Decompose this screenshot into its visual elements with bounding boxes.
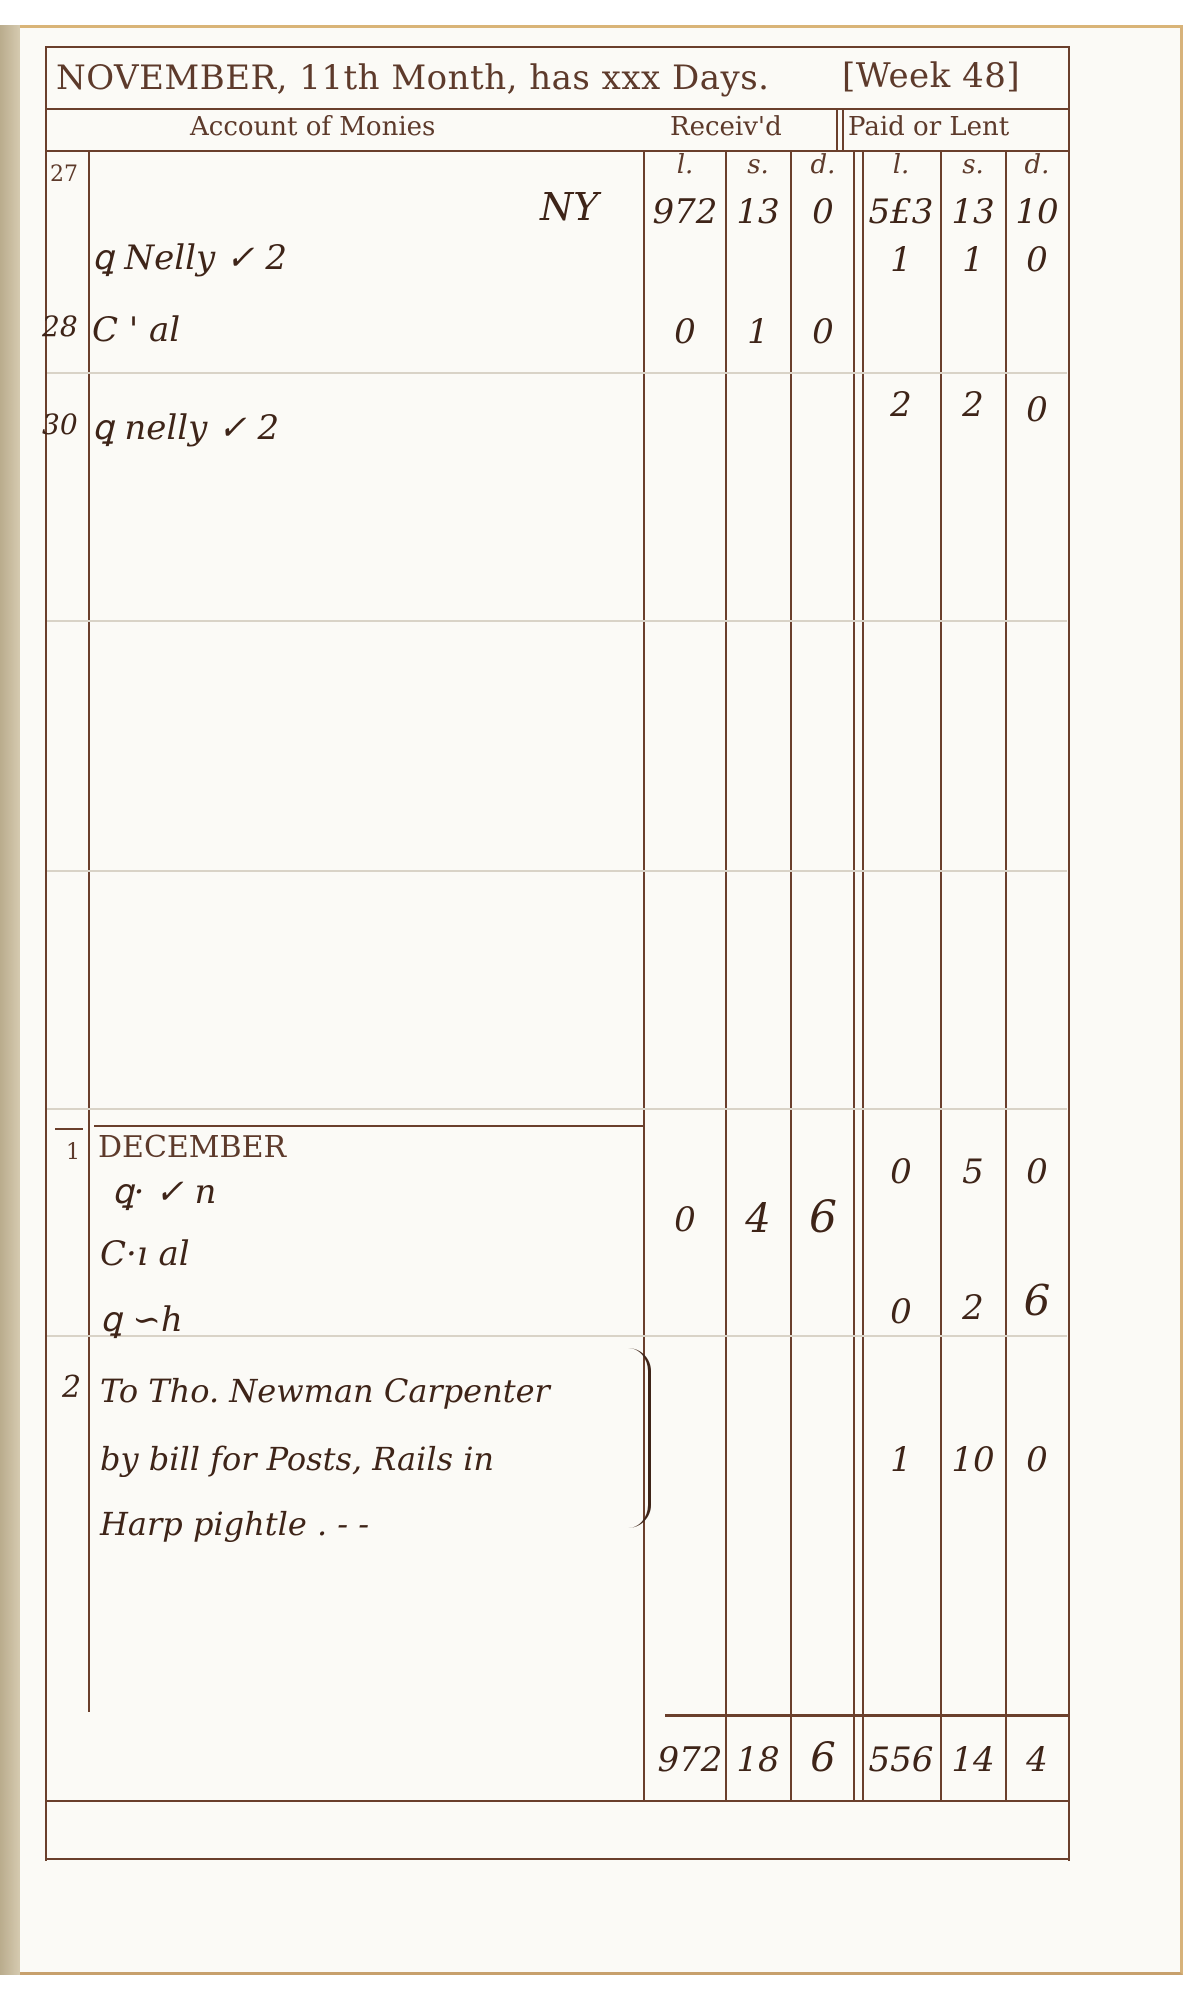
entry-text: C·ı al bbox=[100, 1234, 190, 1274]
book-spine-edge bbox=[0, 25, 22, 1975]
carpenter-date: 2 bbox=[62, 1370, 81, 1405]
title-row-divider bbox=[45, 108, 1070, 110]
entry-note-ny: NY bbox=[540, 185, 598, 229]
paid-shillings: 10 bbox=[938, 1440, 1008, 1480]
paid-shillings: 1 bbox=[938, 240, 1008, 280]
received-pence: 0 bbox=[788, 192, 858, 232]
december-divider bbox=[94, 1125, 643, 1127]
paid-shillings: 2 bbox=[938, 385, 1008, 425]
show-through-line bbox=[47, 870, 1067, 872]
footer-rule bbox=[45, 1858, 1070, 1860]
paid-pounds: 1 bbox=[866, 1440, 936, 1480]
received-s-rule bbox=[790, 152, 792, 1802]
entry-text: ꝗ ∽h bbox=[100, 1300, 183, 1340]
total-received-pounds: 972 bbox=[655, 1740, 725, 1780]
date-column-rule bbox=[88, 152, 90, 1712]
paid-pounds: 5£3 bbox=[866, 192, 936, 232]
carpenter-line-1: To Tho. Newman Carpenter bbox=[100, 1372, 550, 1410]
account-column-rule bbox=[643, 152, 645, 1802]
paid-pounds: 0 bbox=[866, 1292, 936, 1332]
account-of-monies-header: Account of Monies bbox=[190, 112, 435, 142]
paid-pence: 0 bbox=[1002, 1152, 1072, 1192]
paid-or-lent-header: Paid or Lent bbox=[848, 112, 1009, 142]
entry-text: ꝗ· ✓ n bbox=[112, 1172, 216, 1212]
paid-shillings: 2 bbox=[938, 1288, 1008, 1328]
unit-received-shillings: s. bbox=[723, 150, 793, 180]
totals-rule bbox=[665, 1714, 1068, 1717]
table-border-right bbox=[1068, 46, 1070, 1861]
ledger-page bbox=[20, 25, 1183, 1975]
entry-text: ꝗ Nelly ✓ 2 bbox=[92, 238, 287, 278]
paid-pounds: 0 bbox=[866, 1152, 936, 1192]
received-shillings: 1 bbox=[723, 312, 793, 352]
december-heading: DECEMBER bbox=[98, 1130, 286, 1165]
entry-date: 27 bbox=[50, 162, 78, 187]
paid-shillings: 13 bbox=[938, 192, 1008, 232]
received-pence: 0 bbox=[788, 312, 858, 352]
paid-shillings: 5 bbox=[938, 1152, 1008, 1192]
received-header: Receiv'd bbox=[670, 112, 782, 142]
total-paid-pence: 4 bbox=[1002, 1740, 1072, 1780]
paid-pence: 0 bbox=[1002, 390, 1072, 430]
paid-pence: 0 bbox=[1002, 1440, 1072, 1480]
december-divider-date bbox=[55, 1128, 83, 1130]
received-pence: 6 bbox=[788, 1192, 858, 1243]
table-border-top bbox=[45, 46, 1070, 48]
unit-paid-pence: d. bbox=[1002, 150, 1072, 180]
received-shillings: 13 bbox=[723, 192, 793, 232]
december-date: 1 bbox=[66, 1140, 80, 1165]
total-paid-shillings: 14 bbox=[938, 1740, 1008, 1780]
received-pounds: 972 bbox=[650, 192, 720, 232]
received-pounds: 0 bbox=[650, 312, 720, 352]
received-shillings: 4 bbox=[723, 1196, 793, 1242]
show-through-line bbox=[47, 620, 1067, 622]
received-l-rule bbox=[725, 152, 727, 1802]
unit-paid-pounds: l. bbox=[866, 150, 936, 180]
received-d-rule-a bbox=[853, 152, 855, 1802]
paid-pounds: 1 bbox=[866, 240, 936, 280]
total-paid-pounds: 556 bbox=[866, 1740, 936, 1780]
received-pounds: 0 bbox=[650, 1200, 720, 1240]
header-double-rule-b bbox=[842, 110, 844, 150]
entry-text: C ' al bbox=[92, 310, 180, 350]
received-d-rule-b bbox=[862, 152, 864, 1802]
table-bottom-rule bbox=[45, 1800, 1070, 1802]
unit-received-pence: d. bbox=[788, 150, 858, 180]
entry-text: ꝗ nelly ✓ 2 bbox=[92, 408, 279, 448]
carpenter-line-3: Harp pightle . - - bbox=[100, 1505, 369, 1543]
paid-pence: 0 bbox=[1002, 240, 1072, 280]
show-through-line bbox=[47, 1108, 1067, 1110]
unit-paid-shillings: s. bbox=[938, 150, 1008, 180]
carpenter-line-2: by bill for Posts, Rails in bbox=[100, 1440, 494, 1478]
entry-date-handwritten: 30 bbox=[42, 408, 78, 441]
total-received-shillings: 18 bbox=[723, 1740, 793, 1780]
header-double-rule-a bbox=[836, 110, 838, 150]
paid-pounds: 2 bbox=[866, 385, 936, 425]
paid-pence: 6 bbox=[1002, 1276, 1072, 1325]
page-title: NOVEMBER, 11th Month, has xxx Days. bbox=[56, 58, 769, 98]
entry-date-handwritten: 28 bbox=[42, 310, 78, 343]
show-through-line bbox=[47, 372, 1067, 374]
show-through-line bbox=[47, 1335, 1067, 1337]
brace-mark bbox=[628, 1348, 651, 1528]
paid-pence: 10 bbox=[1002, 192, 1072, 232]
unit-received-pounds: l. bbox=[650, 150, 720, 180]
week-label: [Week 48] bbox=[842, 56, 1020, 96]
total-received-pence: 6 bbox=[788, 1735, 858, 1781]
